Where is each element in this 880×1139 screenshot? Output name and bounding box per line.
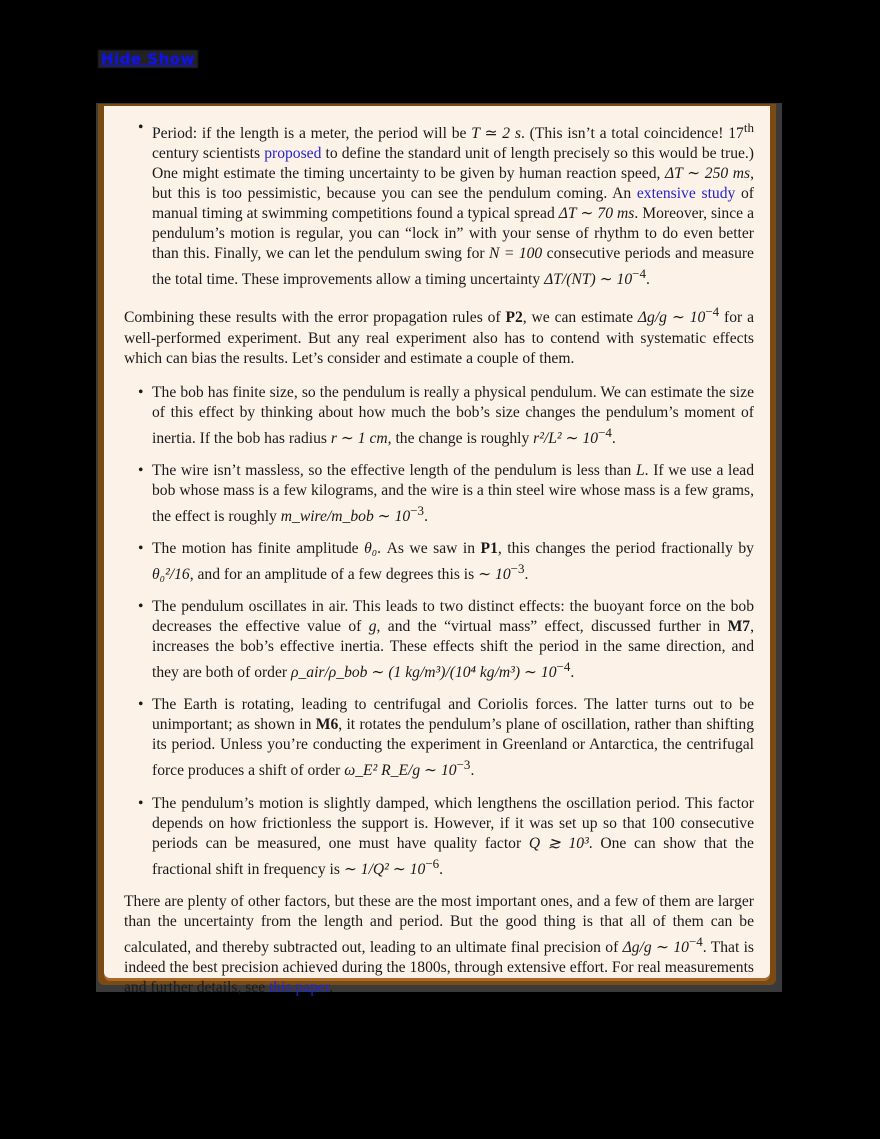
solution-box: Period: if the length is a meter, the pe…: [98, 104, 776, 985]
paragraph-conclusion: There are plenty of other factors, but t…: [124, 892, 754, 998]
proposed-link[interactable]: proposed: [264, 145, 321, 162]
list-item-wire-mass: The wire isn’t massless, so the effectiv…: [152, 461, 754, 527]
systematic-effects-list: The bob has finite size, so the pendulum…: [124, 383, 754, 880]
list-item-damping: The pendulum’s motion is slightly damped…: [152, 794, 754, 880]
list-item-air: The pendulum oscillates in air. This lea…: [152, 597, 754, 683]
solution-box-body: Period: if the length is a meter, the pe…: [104, 106, 770, 978]
solution-content: Period: if the length is a meter, the pe…: [124, 118, 754, 1012]
paragraph-error-propagation: Combining these results with the error p…: [124, 302, 754, 368]
list-item-earth-rotation: The Earth is rotating, leading to centri…: [152, 695, 754, 781]
list-item-amplitude: The motion has finite amplitude θ₀. As w…: [152, 539, 754, 585]
show-hide-toggle-link[interactable]: Hide Show: [98, 50, 198, 68]
list-item-finite-size: The bob has finite size, so the pendulum…: [152, 383, 754, 449]
measurement-list: Period: if the length is a meter, the pe…: [124, 118, 754, 290]
extensive-study-link[interactable]: extensive study: [637, 185, 735, 202]
this-paper-link[interactable]: this paper: [269, 979, 329, 996]
list-item-period: Period: if the length is a meter, the pe…: [152, 118, 754, 290]
